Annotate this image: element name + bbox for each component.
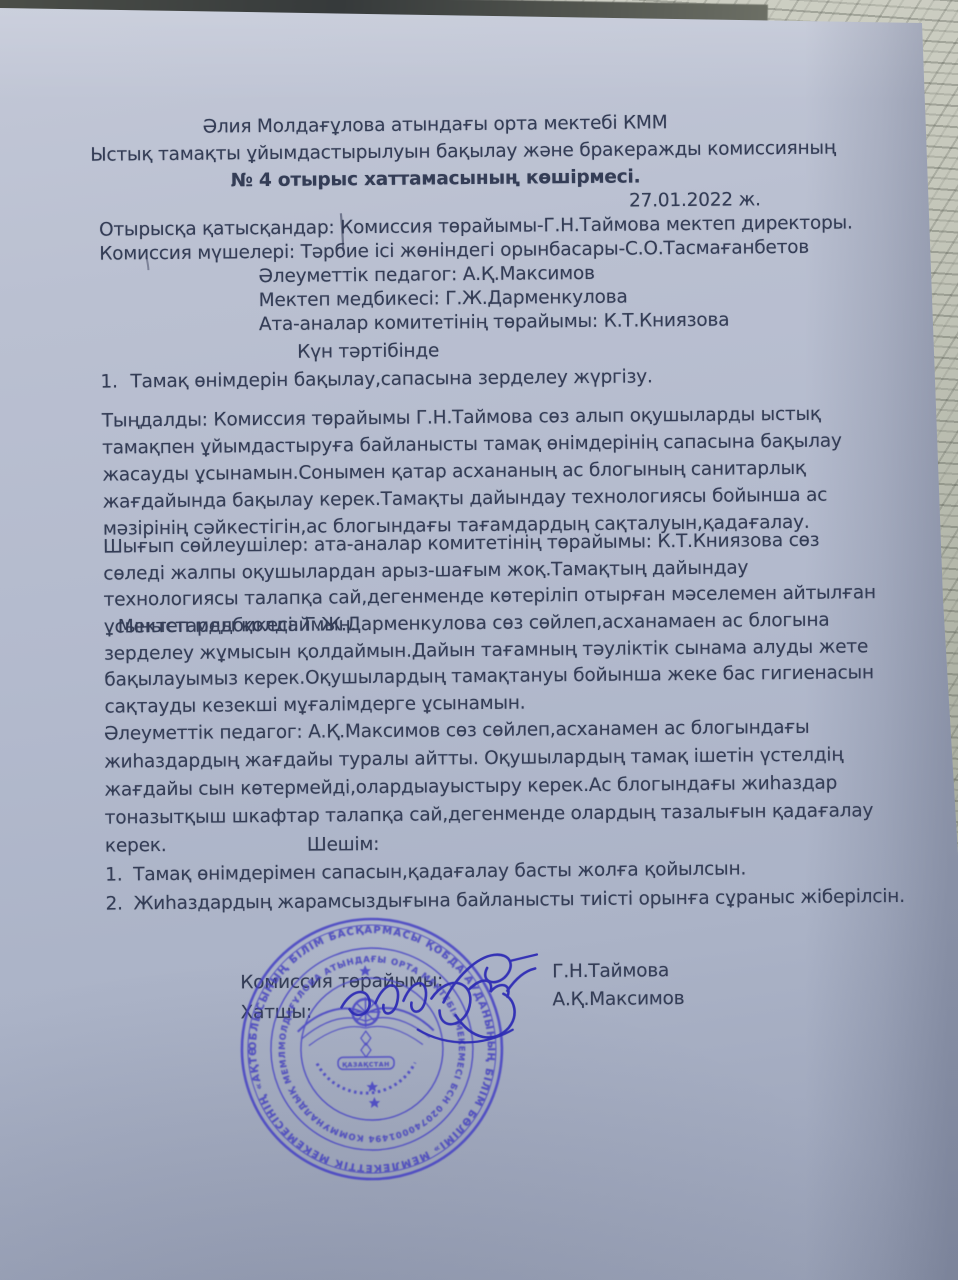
stamp-bottom-star-icon xyxy=(369,1097,381,1108)
header-line-1: Әлия Молдағұлова атындағы орта мектебі К… xyxy=(100,111,770,138)
header-line-3: № 4 отырыс хаттамасының көшірмесі. xyxy=(100,165,770,192)
decision-item-number: 2. xyxy=(105,893,122,914)
agenda-item-number: 1. xyxy=(100,371,117,392)
paragraph-heard: Тыңдалды: Комиссия төрайымы Г.Н.Таймова … xyxy=(102,400,875,542)
paragraph-pedagog: Әлеуметтік педагог: А.Қ.Максимов сөз сөй… xyxy=(104,713,891,861)
decision-item-number: 1. xyxy=(105,864,122,885)
participant-line: Мектеп медбикесі: Г.Ж.Дарменкулова xyxy=(259,287,628,312)
crease-mark xyxy=(341,213,343,251)
header-line-2: Ыстық тамақты ұйымдастырылуын бақылау жә… xyxy=(90,138,780,166)
signature-scribble-secretary xyxy=(341,982,515,1043)
handwritten-signatures xyxy=(323,929,584,1061)
decision-item-text: Тамақ өнімдерімен сапасын,қадағалау баст… xyxy=(133,858,746,885)
paragraph-nurse: Мектеп медбикесі: Г.Ж.Дарменкулова сөз с… xyxy=(104,607,883,720)
ink-speck xyxy=(146,256,148,270)
agenda-title: Күн тәртібінде xyxy=(297,340,439,362)
stamp-center-label: ҚАЗАҚСТАН xyxy=(342,1061,390,1068)
photo-of-document: { "doc": { "header": { "line1": "Әлия Мо… xyxy=(0,0,958,1280)
document-date: 27.01.2022 ж. xyxy=(516,189,761,212)
agenda-item-text: Тамақ өнімдерін бақылау,сапасына зерделе… xyxy=(130,366,652,392)
signature-scribble-chair xyxy=(443,954,537,1002)
participant-line: Ата-аналар комитетінің төрайымы: К.Т.Кни… xyxy=(259,310,730,336)
paper-crease-marks xyxy=(126,201,367,283)
decision-title: Шешім: xyxy=(307,834,379,856)
stamp-bottom-star-icon xyxy=(367,1081,379,1092)
document-content: Әлия Молдағұлова атындағы орта мектебі К… xyxy=(0,0,958,1280)
